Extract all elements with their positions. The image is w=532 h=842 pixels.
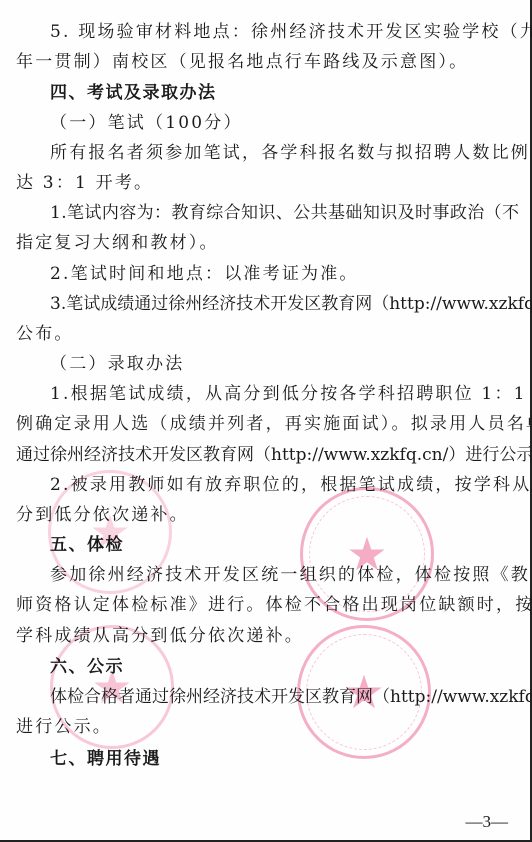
text-line: 5. 现场验审材料地点：徐州经济技术开发区实验学校（九 <box>50 21 532 43</box>
text-line-with-url: 通过徐州经济技术开发区教育网（http://www.xzkfq.cn/）进行公示… <box>16 444 532 466</box>
subsection-heading-written-exam: （一）笔试（100分） <box>50 112 243 134</box>
document-page: ★ ★ ★ ★ 5. 现场验审材料地点：徐州经济技术开发区实验学校（九 年一贯制… <box>0 0 532 842</box>
text-line: 所有报名者须参加笔试，各学科报名数与拟招聘人数比例 <box>50 142 530 164</box>
text-line: 进行公示。 <box>16 716 112 738</box>
text-line: 例确定录用人选（成绩并列者，再实施面试）。拟录用人员名单 <box>16 413 532 435</box>
text-line: 年一贯制）南校区（见报名地点行车路线及示意图）。 <box>16 51 468 73</box>
text-line: 达 3：1 开考。 <box>16 172 153 194</box>
text-line: 2.被录用教师如有放弃职位的，根据笔试成绩，按学科从高 <box>50 474 532 496</box>
section-heading-5: 五、体检 <box>50 534 124 556</box>
text-line: 学科成绩从高分到低分依次递补。 <box>16 625 304 647</box>
text-line: 分到低分依次递补。 <box>16 504 189 526</box>
section-heading-6: 六、公示 <box>50 656 124 678</box>
text-line-with-url: 3.笔试成绩通过徐州经济技术开发区教育网（http://www.xzkfq.cn… <box>50 293 532 315</box>
page-number: —3— <box>466 812 509 832</box>
section-heading-4: 四、考试及录取办法 <box>50 82 217 104</box>
text-line: 参加徐州经济技术开发区统一组织的体检，体检按照《教 <box>50 564 530 586</box>
subsection-heading-admission: （二）录取办法 <box>50 353 184 375</box>
text-line: 2.笔试时间和地点：以准考证为准。 <box>50 263 359 285</box>
section-heading-7: 七、聘用待遇 <box>50 748 161 770</box>
text-line: 师资格认定体检标准》进行。体检不合格出现岗位缺额时，按 <box>16 594 532 616</box>
text-line: 1.根据笔试成绩，从高分到低分按各学科招聘职位 1：1 比 <box>50 383 532 405</box>
text-line: 1.笔试内容为：教育综合知识、公共基础知识及时事政治（不 <box>50 202 519 224</box>
text-line: 指定复习大纲和教材）。 <box>16 232 219 254</box>
text-line: 公布。 <box>16 323 74 345</box>
text-line-with-url: 体检合格者通过徐州经济技术开发区教育网（http://www.xzkfq.cn/… <box>50 686 532 708</box>
